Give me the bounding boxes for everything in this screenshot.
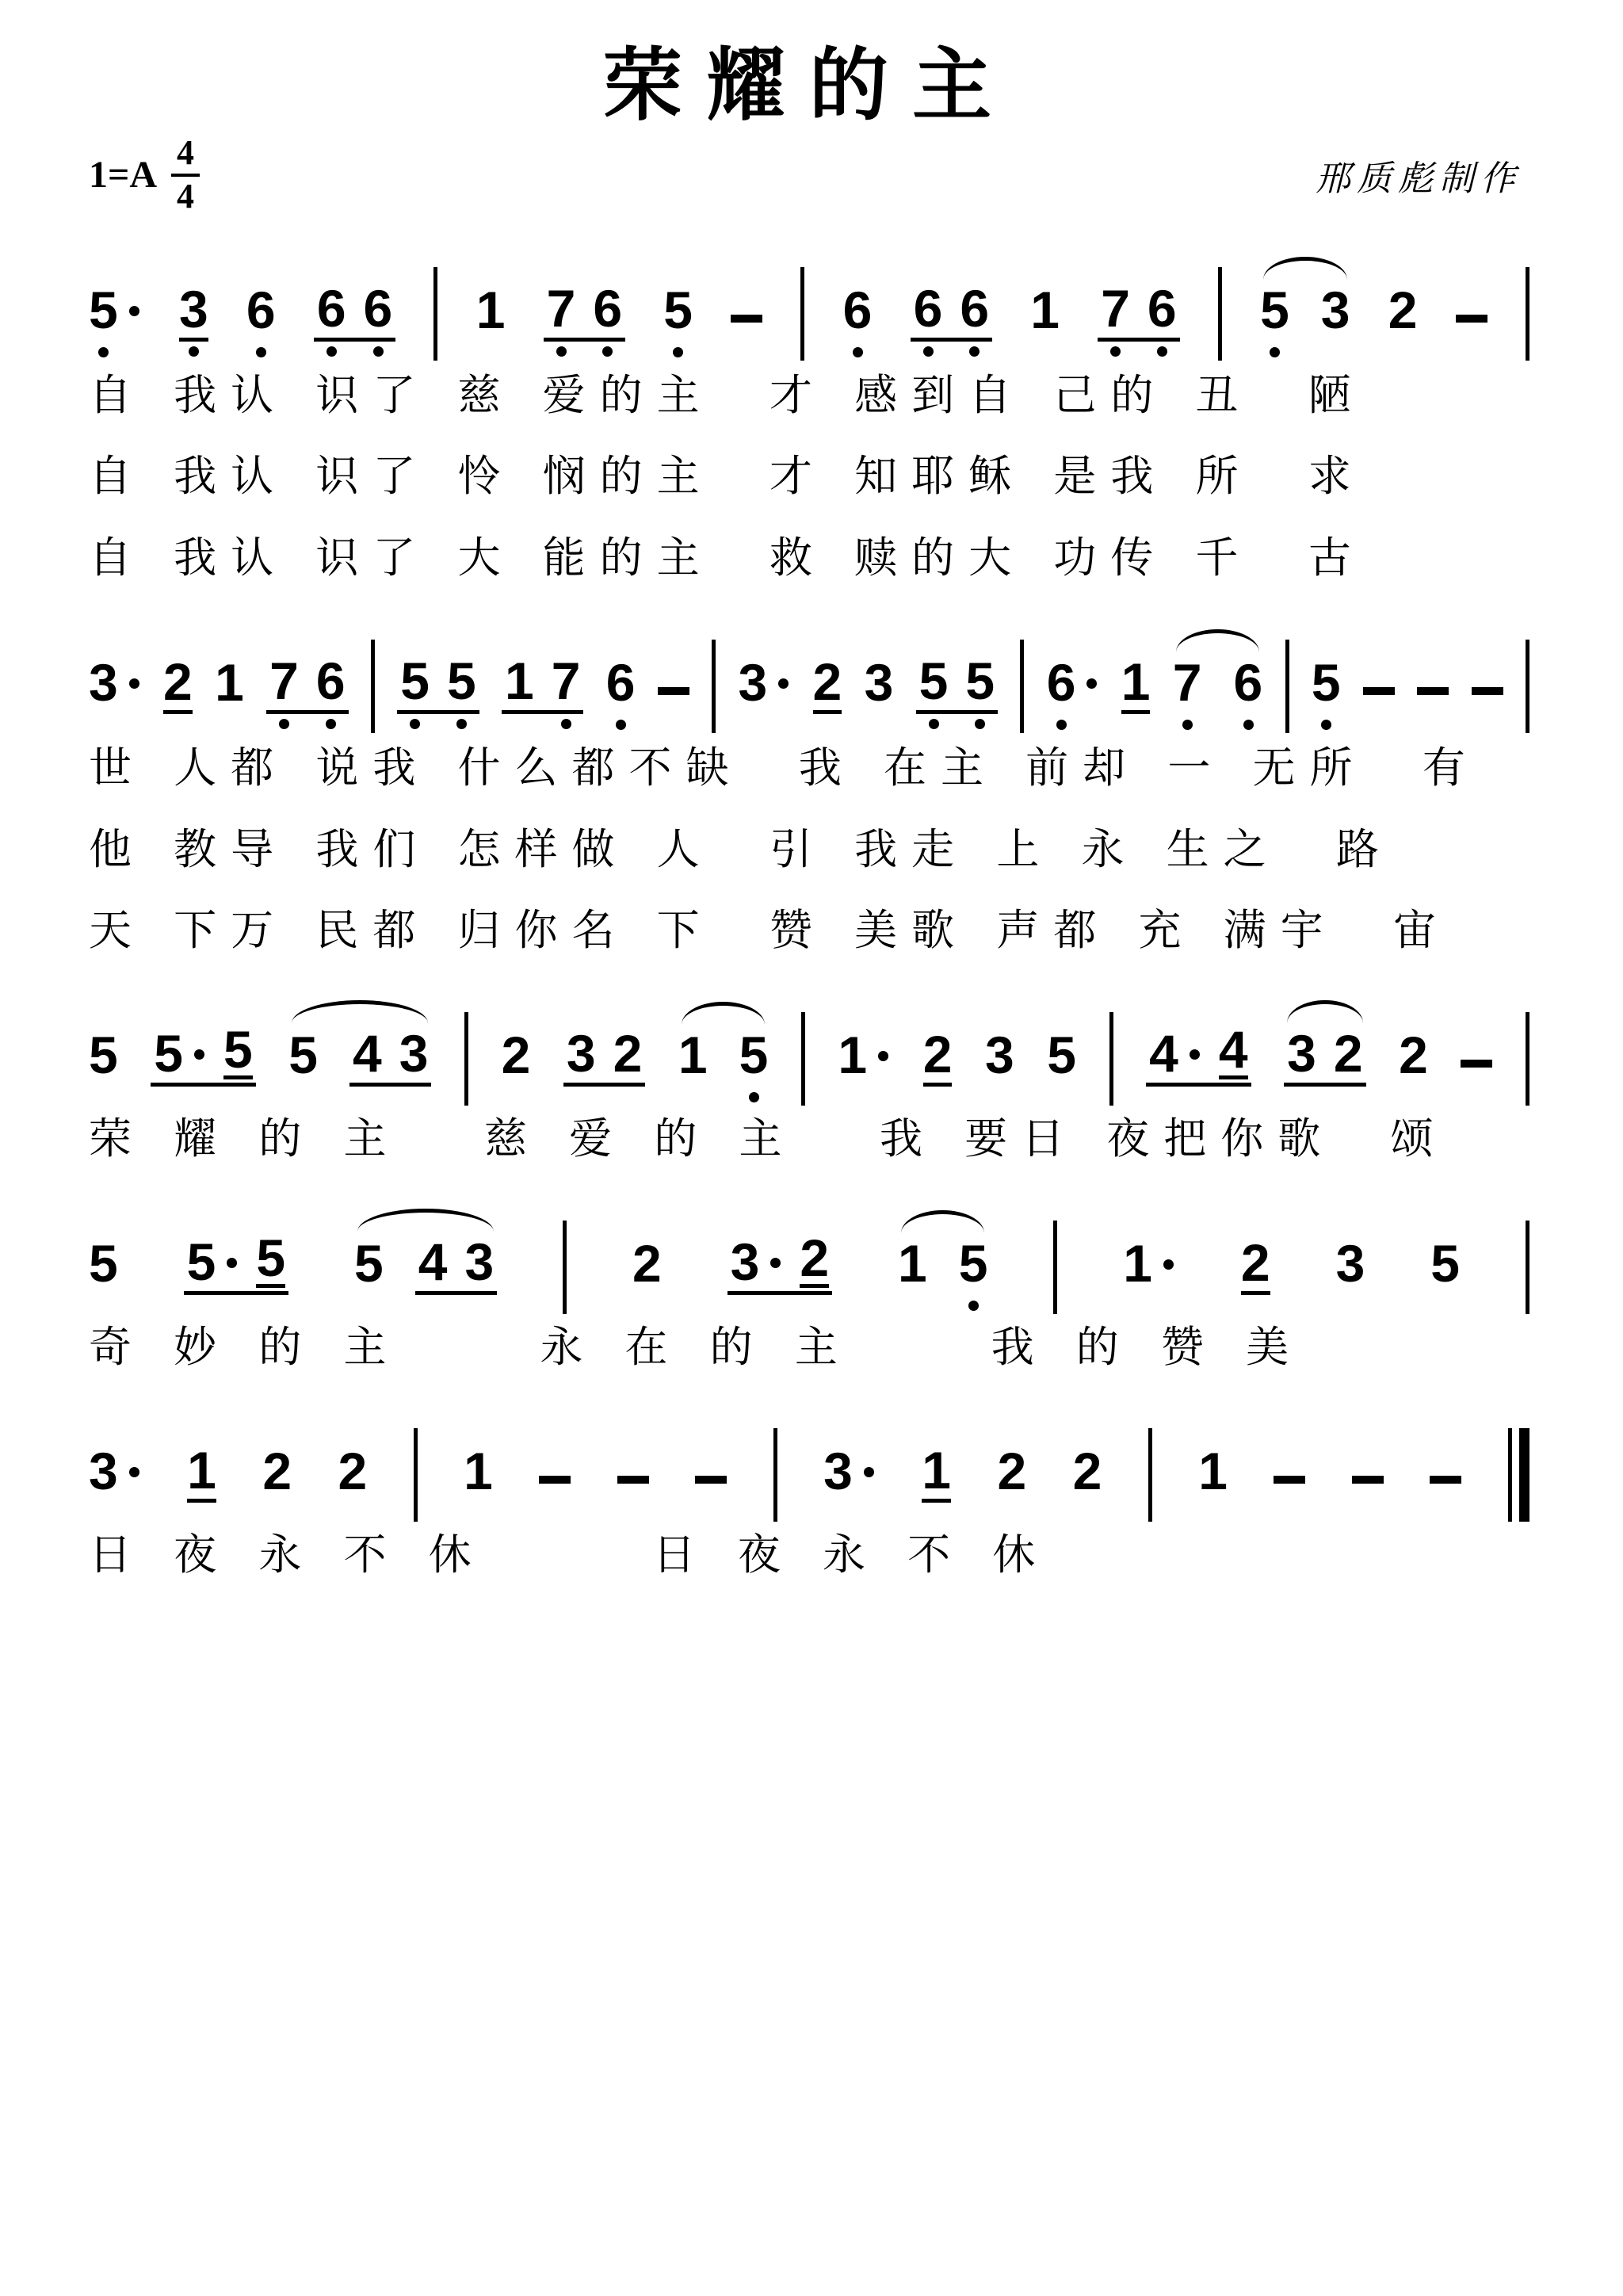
- note-5: 5: [288, 1029, 318, 1087]
- barline: [371, 640, 375, 733]
- duration-dot: [227, 1258, 237, 1268]
- note-6: 6: [1148, 282, 1177, 334]
- beam-group: 76: [266, 655, 348, 714]
- note-2: 2: [502, 1029, 531, 1087]
- note-5: 5: [154, 1027, 206, 1079]
- duration-dot: [770, 1258, 781, 1268]
- lyrics-block-2: 世 人都 说我 什么都不缺 我 在主 前却 一 无所 有 他 教导 我们 怎样做…: [89, 746, 1529, 953]
- duration-dot: [129, 306, 139, 316]
- lyrics-line-1-verse-3: 自 我认 识了 大 能的主 救 赎的大 功传 千 古: [89, 536, 1529, 581]
- note-3: 3: [399, 1027, 429, 1079]
- note-4: 4: [353, 1027, 382, 1079]
- note-2: 2: [1334, 1027, 1363, 1079]
- note-3: 3: [823, 1445, 876, 1503]
- note-1: 1: [1123, 1237, 1175, 1295]
- slur-group: 543: [354, 1236, 497, 1295]
- note-1: 1: [215, 656, 244, 714]
- dash-extension: [1274, 1476, 1305, 1484]
- note-2: 2: [800, 1232, 829, 1288]
- note-4: 4: [1219, 1023, 1248, 1079]
- song-title: 荣耀的主: [89, 40, 1529, 131]
- final-barline-thick: [1519, 1428, 1529, 1522]
- duration-dot: [129, 678, 139, 689]
- note-5: 5: [1430, 1237, 1460, 1295]
- beam-group: 55: [916, 655, 998, 714]
- barline: [1526, 640, 1529, 733]
- barline: [433, 267, 437, 361]
- note-3: 3: [89, 656, 141, 714]
- beam-group: 76: [544, 282, 625, 342]
- barline: [563, 1221, 567, 1314]
- note-2: 2: [923, 1028, 953, 1087]
- beam-group: 76: [1098, 282, 1179, 342]
- note-2: 2: [632, 1237, 662, 1295]
- dash-extension: [695, 1476, 727, 1484]
- beam-group: 66: [314, 282, 395, 342]
- dash-extension: [1461, 1060, 1492, 1068]
- note-1: 1: [1030, 284, 1060, 342]
- lyrics-line-3: 荣 耀 的 主 慈 爱 的 主 我 要日 夜把你歌 颂: [89, 1117, 1529, 1162]
- dash-extension: [731, 315, 762, 323]
- note-6: 6: [317, 282, 346, 334]
- duration-dot: [878, 1051, 888, 1061]
- note-6: 6: [1047, 656, 1099, 714]
- note-1: 1: [187, 1444, 216, 1503]
- note-6: 6: [364, 282, 393, 334]
- note-2: 2: [813, 655, 842, 714]
- note-5: 5: [187, 1236, 239, 1288]
- note-1: 1: [838, 1029, 890, 1087]
- note-6: 6: [606, 656, 636, 714]
- beam-group: 55: [151, 1023, 255, 1087]
- beam-group: 55: [184, 1232, 288, 1295]
- system-3: 55554323215123544322 荣 耀 的 主 慈 爱 的 主 我 要…: [89, 1010, 1529, 1162]
- note-2: 2: [1241, 1236, 1270, 1295]
- note-3: 3: [731, 1236, 783, 1288]
- note-5: 5: [1047, 1029, 1076, 1087]
- note-2: 2: [338, 1445, 368, 1503]
- note-5: 5: [354, 1237, 384, 1295]
- note-3: 3: [89, 1445, 141, 1503]
- note-6: 6: [843, 284, 873, 342]
- note-2: 2: [163, 655, 193, 714]
- note-6: 6: [316, 655, 346, 707]
- note-2: 2: [262, 1445, 292, 1503]
- arranger-credit: 邢质彪制作: [1316, 150, 1522, 201]
- beam-group: 17: [502, 655, 583, 714]
- note-5: 5: [919, 655, 949, 707]
- final-barline-thin: [1508, 1428, 1512, 1522]
- note-5: 5: [959, 1237, 988, 1295]
- barline: [1148, 1428, 1152, 1522]
- music-line-1: 536661765666176532: [89, 266, 1529, 342]
- barline: [1526, 1012, 1529, 1106]
- note-6: 6: [914, 282, 943, 334]
- note-1: 1: [1121, 655, 1151, 714]
- note-1: 1: [505, 655, 534, 707]
- note-3: 3: [865, 656, 894, 714]
- note-1: 1: [1198, 1445, 1228, 1503]
- note-3: 3: [179, 283, 208, 342]
- duration-dot: [194, 1049, 204, 1060]
- duration-dot: [864, 1467, 874, 1477]
- note-5: 5: [965, 655, 995, 707]
- note-5: 5: [447, 655, 476, 707]
- beam-group: 43: [415, 1236, 497, 1295]
- time-signature: 4 4: [171, 136, 200, 215]
- barline: [773, 1428, 777, 1522]
- note-5: 5: [663, 284, 693, 342]
- dash-extension: [1363, 687, 1395, 695]
- beam-group-slurred: 32: [1284, 1027, 1365, 1087]
- duration-dot: [1163, 1259, 1174, 1270]
- barline: [1285, 640, 1289, 733]
- note-2: 2: [1388, 284, 1418, 342]
- note-5: 5: [1260, 284, 1289, 342]
- time-numerator: 4: [177, 136, 194, 171]
- note-2: 2: [1399, 1029, 1428, 1087]
- slur-group: 15: [898, 1237, 987, 1295]
- beam-group: 66: [911, 282, 992, 342]
- beam-group: 44: [1146, 1023, 1251, 1087]
- system-2: 32176551763235561765 世 人都 说我 什么都不缺 我 在主 …: [89, 638, 1529, 953]
- barline: [1526, 1221, 1529, 1314]
- slur-group: 15: [678, 1029, 768, 1087]
- note-6: 6: [1234, 656, 1263, 714]
- music-line-5: 3122131221: [89, 1427, 1529, 1503]
- score-meta: 1=A 4 4 邢质彪制作: [89, 136, 1529, 215]
- barline: [800, 267, 804, 361]
- dash-extension: [658, 687, 689, 695]
- barline: [1053, 1221, 1057, 1314]
- barline: [1218, 267, 1222, 361]
- lyrics-line-1-verse-2: 自 我认 识了 怜 悯的主 才 知耶稣 是我 所 求: [89, 454, 1529, 499]
- note-5: 5: [739, 1029, 769, 1087]
- note-7: 7: [1101, 282, 1130, 334]
- note-5: 5: [256, 1232, 285, 1288]
- note-7: 7: [547, 282, 576, 334]
- final-barline: [1508, 1428, 1529, 1522]
- sheet-music-page: 荣耀的主 1=A 4 4 邢质彪制作 536661765666176532 自 …: [0, 0, 1623, 2296]
- time-denominator: 4: [177, 179, 194, 215]
- note-7: 7: [552, 655, 581, 707]
- note-1: 1: [678, 1029, 708, 1087]
- music-line-2: 32176551763235561765: [89, 638, 1529, 714]
- lyrics-line-2-verse-2: 他 教导 我们 怎样做 人 引 我走 上 永 生之 路: [89, 827, 1529, 873]
- duration-dot: [778, 678, 789, 689]
- dash-extension: [539, 1476, 571, 1484]
- note-7: 7: [1173, 656, 1202, 714]
- dash-extension: [1430, 1476, 1461, 1484]
- system-1: 536661765666176532 自 我认 识了 慈 爱的主 才 感到自 己…: [89, 266, 1529, 581]
- barline: [414, 1428, 418, 1522]
- note-3: 3: [1336, 1237, 1365, 1295]
- note-1: 1: [464, 1445, 493, 1503]
- note-6: 6: [960, 282, 989, 334]
- lyrics-block-1: 自 我认 识了 慈 爱的主 才 感到自 己的 丑 陋 自 我认 识了 怜 悯的主…: [89, 373, 1529, 581]
- note-6: 6: [246, 284, 276, 342]
- beam-group: 43: [349, 1027, 431, 1087]
- beam-group: 55: [397, 655, 479, 714]
- note-3: 3: [738, 656, 790, 714]
- key-time-signature: 1=A 4 4: [89, 136, 200, 215]
- note-5: 5: [400, 655, 430, 707]
- note-3: 3: [1321, 284, 1350, 342]
- slur-group: 543: [288, 1027, 431, 1087]
- note-3: 3: [464, 1236, 494, 1288]
- note-4: 4: [418, 1236, 448, 1288]
- note-5: 5: [89, 284, 141, 342]
- note-6: 6: [593, 282, 622, 334]
- note-2: 2: [1073, 1445, 1102, 1503]
- note-4: 4: [1149, 1027, 1201, 1079]
- lyrics-line-4: 奇 妙 的 主 永 在 的 主 我 的 赞 美: [89, 1325, 1529, 1370]
- duration-dot: [1190, 1049, 1200, 1060]
- note-5: 5: [223, 1023, 253, 1079]
- key-label: 1=A: [89, 153, 157, 197]
- note-1: 1: [922, 1444, 951, 1503]
- slur-group: 53: [1260, 284, 1350, 342]
- barline: [1109, 1012, 1113, 1106]
- barline: [801, 1012, 805, 1106]
- system-4: 555543232151235 奇 妙 的 主 永 在 的 主 我 的 赞 美: [89, 1219, 1529, 1370]
- note-1: 1: [476, 284, 506, 342]
- dash-extension: [1472, 687, 1503, 695]
- dash-extension: [1352, 1476, 1384, 1484]
- lyrics-line-1-verse-1: 自 我认 识了 慈 爱的主 才 感到自 己的 丑 陋: [89, 373, 1529, 418]
- dash-extension: [617, 1476, 649, 1484]
- note-2: 2: [613, 1027, 643, 1079]
- note-7: 7: [269, 655, 299, 707]
- lyrics-line-2-verse-3: 天 下万 民都 归你名 下 赞 美歌 声都 充 满宇 宙: [89, 908, 1529, 953]
- music-line-3: 55554323215123544322: [89, 1010, 1529, 1087]
- music-line-4: 555543232151235: [89, 1219, 1529, 1295]
- note-2: 2: [997, 1445, 1026, 1503]
- slur-group: 76: [1173, 656, 1262, 714]
- lyrics-line-2-verse-1: 世 人都 说我 什么都不缺 我 在主 前却 一 无所 有: [89, 746, 1529, 791]
- barline: [712, 640, 716, 733]
- system-5: 3122131221 日 夜 永 不 休 日 夜 永 不 休: [89, 1427, 1529, 1578]
- lyrics-line-5: 日 夜 永 不 休 日 夜 永 不 休: [89, 1533, 1529, 1578]
- note-1: 1: [898, 1237, 927, 1295]
- duration-dot: [1086, 678, 1097, 689]
- barline: [1020, 640, 1024, 733]
- note-5: 5: [89, 1237, 118, 1295]
- duration-dot: [129, 1467, 139, 1477]
- barline: [464, 1012, 468, 1106]
- note-5: 5: [1312, 656, 1341, 714]
- barline: [1526, 267, 1529, 361]
- beam-group: 32: [727, 1232, 832, 1295]
- dash-extension: [1456, 315, 1487, 323]
- note-3: 3: [1287, 1027, 1316, 1079]
- note-3: 3: [567, 1027, 596, 1079]
- dash-extension: [1417, 687, 1449, 695]
- note-3: 3: [985, 1029, 1014, 1087]
- beam-group: 32: [563, 1027, 645, 1087]
- note-5: 5: [89, 1029, 118, 1087]
